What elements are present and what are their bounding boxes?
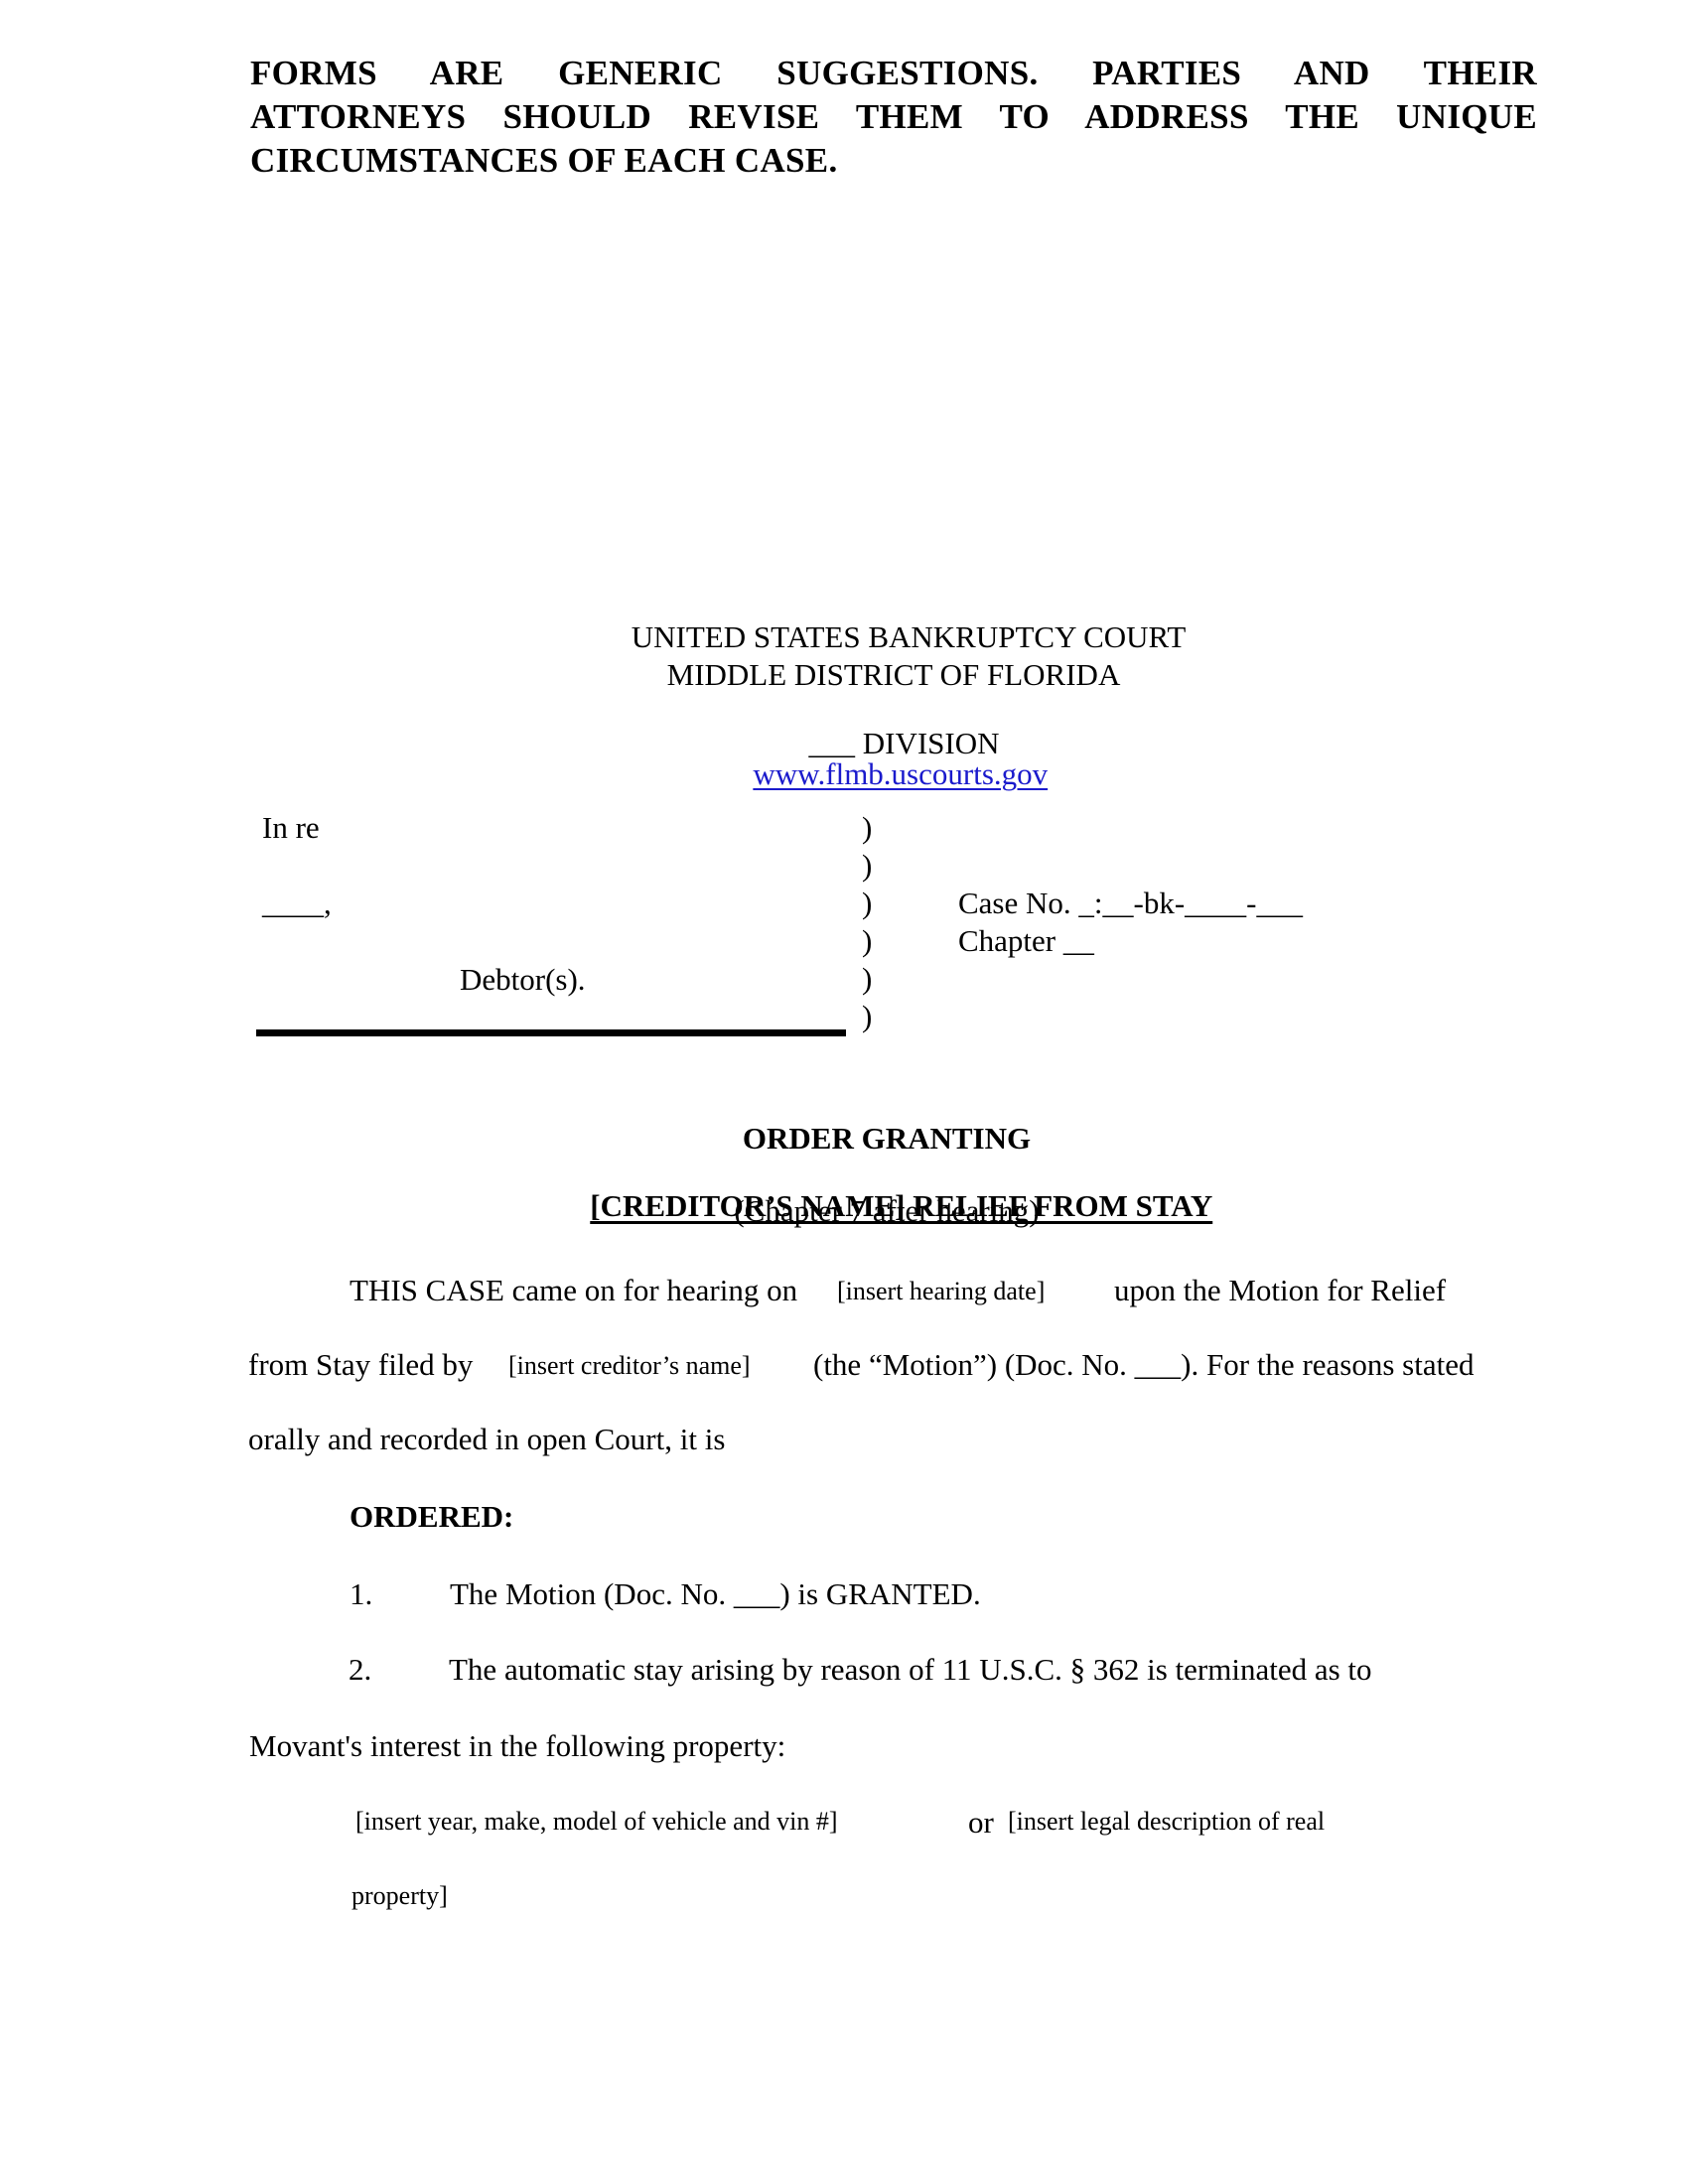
p1-line1-text-a: THIS CASE came on for hearing on [350, 1275, 797, 1305]
in-re-label: In re [262, 812, 320, 843]
ordered-heading: ORDERED: [350, 1501, 513, 1532]
caption-paren: ) [862, 887, 872, 918]
disclaimer-line-3: CIRCUMSTANCES OF EACH CASE. [250, 139, 1537, 183]
p1-line3-text: orally and recorded in open Court, it is [248, 1424, 725, 1454]
p1-line2-text-b: (the “Motion”) (Doc. No. ___). For the r… [813, 1349, 1474, 1380]
caption-paren: ) [862, 850, 872, 881]
debtor-label: Debtor(s). [460, 964, 586, 995]
court-district: MIDDLE DISTRICT OF FLORIDA [0, 659, 1688, 690]
caption-paren: ) [862, 963, 872, 994]
property-or: or [968, 1807, 994, 1838]
caption-paren: ) [862, 925, 872, 956]
court-website-row: www.flmb.uscourts.gov [0, 728, 1688, 789]
p1-line2-text-a: from Stay filed by [248, 1349, 473, 1380]
item-1-number: 1. [350, 1578, 372, 1609]
hearing-date-placeholder: [insert hearing date] [837, 1279, 1045, 1304]
item-2-text: The automatic stay arising by reason of … [449, 1654, 1372, 1685]
creditor-name-placeholder: [insert creditor’s name] [508, 1353, 751, 1379]
item-2-number: 2. [349, 1654, 371, 1685]
case-number: Case No. _:__-bk-____-___ [958, 887, 1303, 918]
disclaimer-line-2: ATTORNEYS SHOULD REVISE THEM TO ADDRESS … [250, 95, 1537, 139]
order-title-line-1: ORDER GRANTING [0, 1123, 1688, 1154]
disclaimer-line-1: FORMS ARE GENERIC SUGGESTIONS. PARTIES A… [250, 52, 1537, 95]
chapter-number: Chapter __ [958, 925, 1094, 956]
real-property-placeholder-line-1: [insert legal description of real [1008, 1809, 1325, 1835]
item-1-text: The Motion (Doc. No. ___) is GRANTED. [450, 1578, 981, 1609]
real-property-placeholder-line-2: property] [352, 1883, 448, 1909]
form-disclaimer: FORMS ARE GENERIC SUGGESTIONS. PARTIES A… [250, 52, 1537, 183]
caption-paren: ) [862, 1001, 872, 1031]
order-subtitle: (Chapter 7 after hearing) [0, 1195, 1688, 1226]
p1-line1-text-b: upon the Motion for Relief [1114, 1275, 1446, 1305]
vehicle-placeholder: [insert year, make, model of vehicle and… [355, 1809, 838, 1835]
caption-paren: ) [862, 812, 872, 843]
item-2-continuation: Movant's interest in the following prope… [249, 1730, 785, 1761]
debtor-name-blank: ____, [262, 887, 332, 918]
caption-divider-rule [256, 1029, 846, 1036]
court-name: UNITED STATES BANKRUPTCY COURT [0, 621, 1688, 652]
court-website-link[interactable]: www.flmb.uscourts.gov [753, 756, 1048, 791]
